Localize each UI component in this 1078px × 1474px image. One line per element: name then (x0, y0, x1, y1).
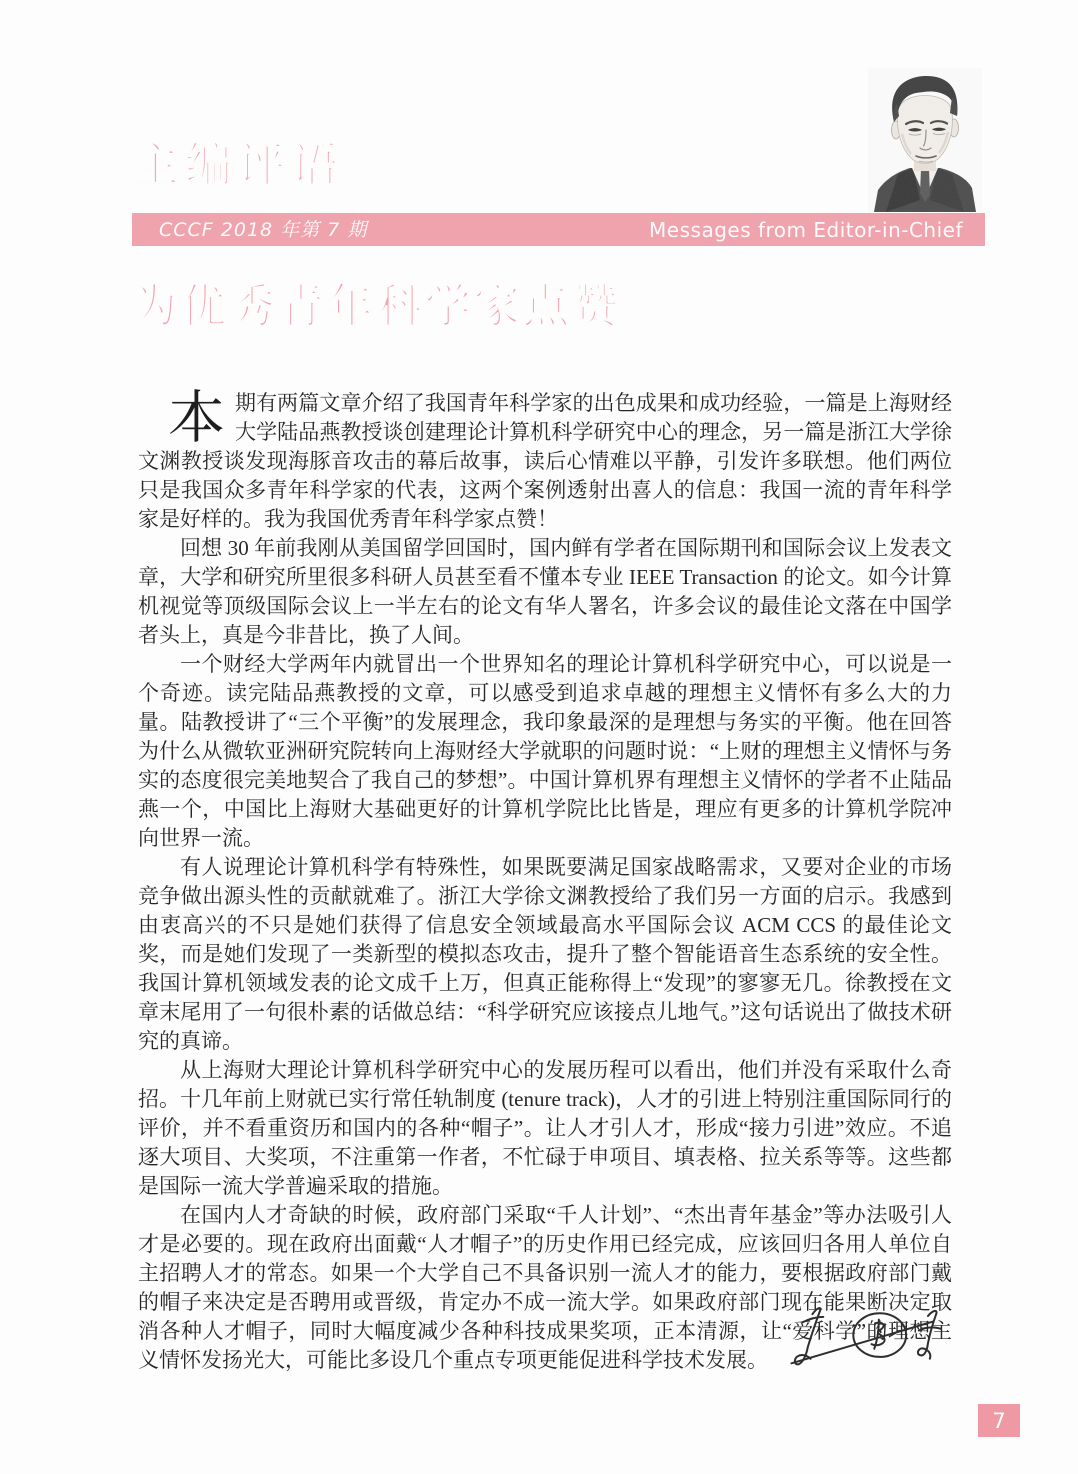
page-number-badge: 7 (978, 1404, 1020, 1437)
paragraph-1: 本期有两篇文章介绍了我国青年科学家的出色成果和成功经验，一篇是上海财经大学陆品燕… (138, 389, 952, 534)
editor-portrait-icon (868, 68, 982, 212)
paragraph-4: 有人说理论计算机科学有特殊性，如果既要满足国家战略需求，又要对企业的市场竞争做出… (138, 853, 952, 1056)
article-body: 本期有两篇文章介绍了我国青年科学家的出色成果和成功经验，一篇是上海财经大学陆品燕… (138, 389, 952, 1375)
section-title: 主编评语 (132, 142, 344, 189)
paragraph-3: 一个财经大学两年内就冒出一个世界知名的理论计算机科学研究中心，可以说是一个奇迹。… (138, 650, 952, 853)
banner-english-label: Messages from Editor-in-Chief (649, 213, 963, 246)
paragraph-2: 回想 30 年前我刚从美国留学回国时，国内鲜有学者在国际期刊和国际会议上发表文章… (138, 534, 952, 650)
issue-label: CCCF 2018 年第 7 期 (159, 213, 367, 246)
issue-banner: CCCF 2018 年第 7 期 Messages from Editor-in… (132, 213, 985, 246)
drop-cap: 本 (168, 392, 225, 446)
editor-signature-icon (786, 1294, 968, 1378)
paragraph-5: 从上海财大理论计算机科学研究中心的发展历程可以看出，他们并没有采取什么奇招。十几… (138, 1056, 952, 1201)
magazine-page: 主编评语 (0, 0, 1078, 1474)
article-title: 为优秀青年科学家点赞 (131, 281, 621, 332)
paragraph-1-text: 期有两篇文章介绍了我国青年科学家的出色成果和成功经验，一篇是上海财经大学陆品燕教… (138, 391, 952, 531)
